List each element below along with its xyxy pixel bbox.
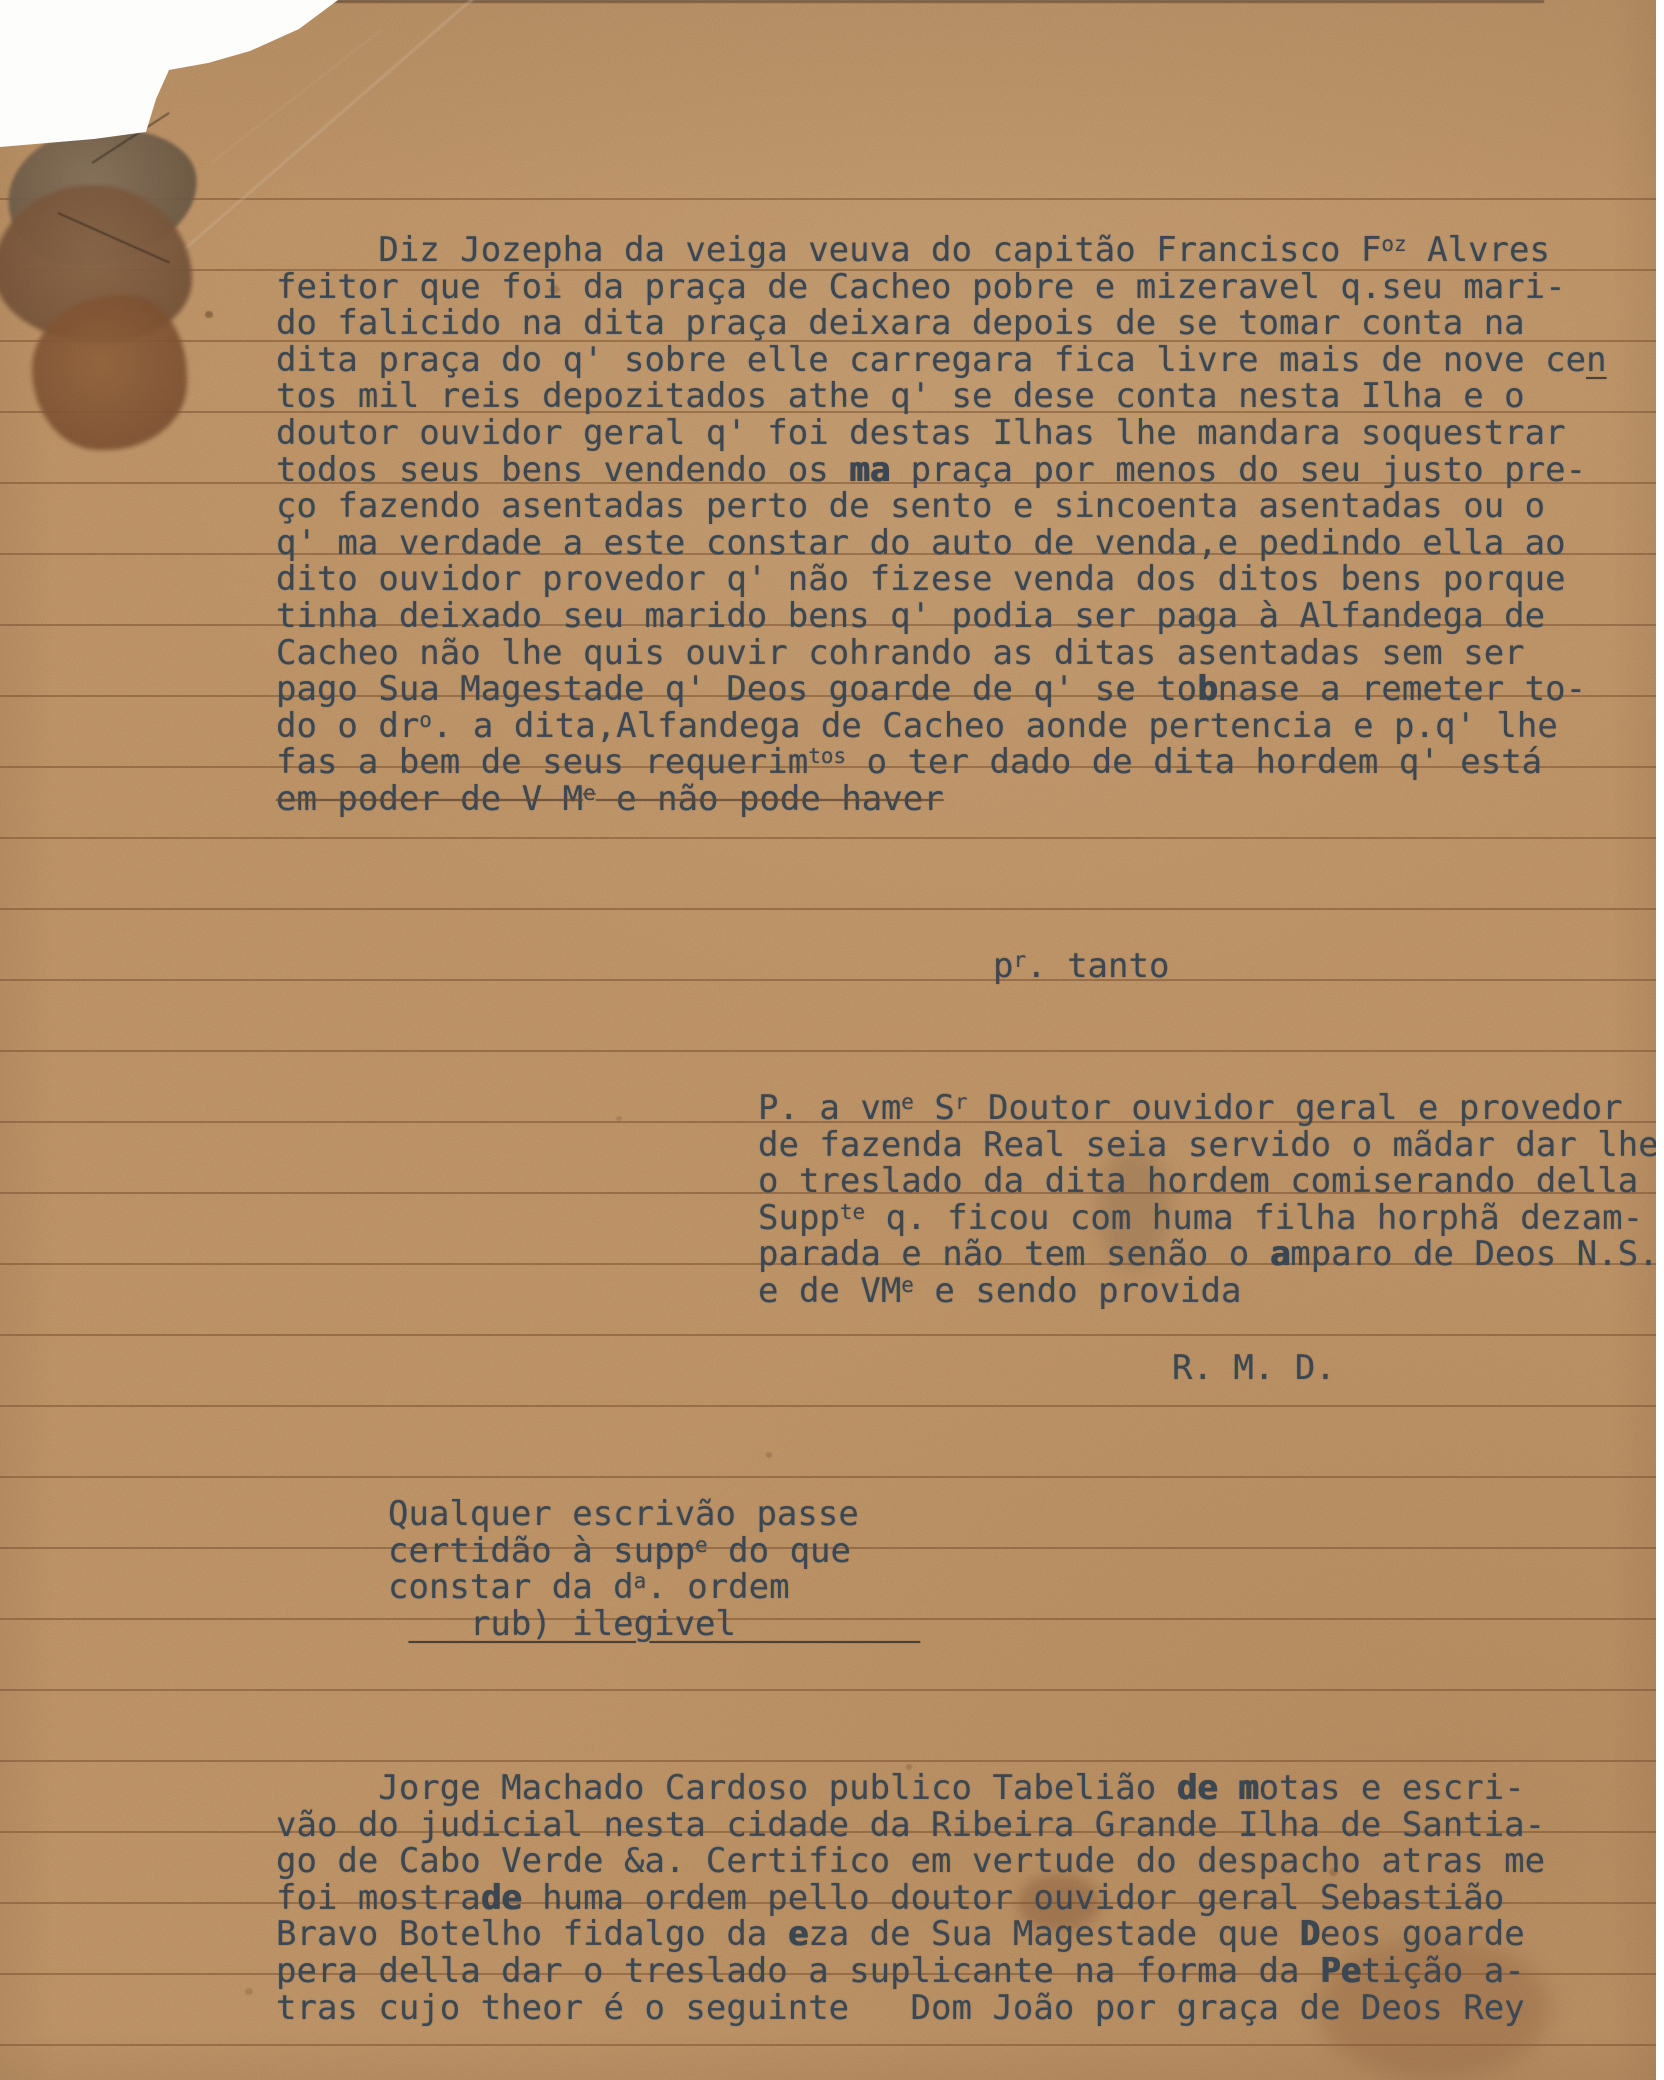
- text-segment: tos mil reis depozitados athe q' se dese…: [276, 376, 1525, 416]
- text-segment: q' ma verdade a este constar do auto de …: [276, 523, 1566, 563]
- text-segment: Alvres: [1407, 230, 1550, 270]
- text-segment: Supp: [758, 1198, 840, 1238]
- torn-paper-fragment: [112, 6, 170, 100]
- corner-stain: [32, 295, 187, 450]
- text-segment: a: [1270, 1234, 1290, 1274]
- text-segment: parada e não tem senão o: [758, 1234, 1270, 1274]
- text-segment: e: [901, 1090, 914, 1114]
- text-segment: tinha deixado seu marido bens q' podia s…: [276, 596, 1545, 636]
- text-segment: Cacheo não lhe quis ouvir cohrando as di…: [276, 633, 1525, 673]
- text-segment: n: [1586, 340, 1606, 380]
- text-line: q' ma verdade a este constar do auto de …: [276, 525, 1607, 562]
- text-segment: e de VM: [758, 1271, 901, 1311]
- text-line: dito ouvidor provedor q' não fizese vend…: [276, 561, 1607, 598]
- marginal-dispatch-note: Qualquer escrivão passecertidão à suppe …: [388, 1496, 920, 1642]
- document-scan: Diz Jozepha da veiga veuva do capitão Fr…: [0, 0, 1664, 2080]
- text-segment: Diz Jozepha da veiga veuva do capitão Fr…: [276, 230, 1381, 270]
- text-segment: e: [788, 1914, 808, 1954]
- text-line: vão do judicial nesta cidade da Ribeira …: [276, 1807, 1545, 1844]
- text-line: tras cujo theor é o seguinte Dom João po…: [276, 1990, 1545, 2027]
- rmd-formula: R. M. D.: [1172, 1350, 1336, 1387]
- text-line: pr. tanto: [993, 948, 1169, 985]
- text-segment: Doutor ouvidor geral e provedor: [968, 1088, 1623, 1128]
- text-segment: . ordem: [646, 1567, 789, 1607]
- text-line: de fazenda Real seia servido o mãdar dar…: [758, 1127, 1659, 1164]
- text-line: doutor ouvidor geral q' foi destas Ilhas…: [276, 415, 1607, 452]
- text-line: Qualquer escrivão passe: [388, 1496, 920, 1533]
- text-segment: za de Sua Magestade que: [808, 1914, 1299, 1954]
- paper-top-edge: [330, 0, 1544, 3]
- text-segment: o: [419, 708, 432, 732]
- text-segment: ço fazendo asentadas perto de sento e si…: [276, 486, 1545, 526]
- text-segment: do que: [708, 1531, 851, 1571]
- text-line: do o dro. a dita,Alfandega de Cacheo aon…: [276, 708, 1607, 745]
- text-line: ço fazendo asentadas perto de sento e si…: [276, 488, 1607, 525]
- text-segment: nase a remeter to-: [1218, 669, 1586, 709]
- text-line: pago Sua Magestade q' Deos goarde de q' …: [276, 671, 1607, 708]
- text-segment: dita praça do q' sobre elle carregara fi…: [276, 340, 1586, 380]
- text-segment: b: [1197, 669, 1217, 709]
- text-segment: Qualquer escrivão passe: [388, 1494, 859, 1534]
- text-segment: de m: [1177, 1768, 1259, 1808]
- text-segment: P. a vm: [758, 1088, 901, 1128]
- text-segment: huma ordem pello doutor ouvidor geral Se…: [522, 1878, 1505, 1918]
- text-segment: do falicido na dita praça deixara depois…: [276, 303, 1525, 343]
- text-segment: tos: [808, 744, 846, 768]
- speck: [205, 311, 213, 318]
- text-segment: de: [481, 1878, 522, 1918]
- text-line: parada e não tem senão o amparo de Deos …: [758, 1236, 1659, 1273]
- text-segment: p: [993, 946, 1013, 986]
- text-segment: fas a bem de seus requerim: [276, 742, 808, 782]
- text-segment: [388, 1604, 408, 1644]
- petition-body-paragraph: Diz Jozepha da veiga veuva do capitão Fr…: [276, 232, 1607, 818]
- text-line: fas a bem de seus requerimtos o ter dado…: [276, 744, 1607, 781]
- text-segment: certidão à supp: [388, 1531, 695, 1571]
- text-line: todos seus bens vendendo os ma praça por…: [276, 452, 1607, 489]
- text-segment: S: [914, 1088, 955, 1128]
- text-segment: a: [634, 1569, 647, 1593]
- text-segment: r: [1013, 948, 1026, 972]
- text-segment: feitor que foi da praça de Cacheo pobre …: [276, 267, 1566, 307]
- text-line: tos mil reis depozitados athe q' se dese…: [276, 378, 1607, 415]
- text-segment: vão do judicial nesta cidade da Ribeira …: [276, 1805, 1545, 1845]
- notary-certificate-paragraph: Jorge Machado Cardoso publico Tabelião d…: [276, 1770, 1545, 2026]
- text-line: Jorge Machado Cardoso publico Tabelião d…: [276, 1770, 1545, 1807]
- text-segment: em poder de V M: [276, 779, 583, 819]
- text-segment: . tanto: [1026, 946, 1169, 986]
- text-segment: pera della dar o treslado a suplicante n…: [276, 1951, 1320, 1991]
- text-segment: R. M. D.: [1172, 1348, 1336, 1388]
- text-segment: foi mostra: [276, 1878, 481, 1918]
- speck: [245, 1988, 253, 1995]
- fold-crease: [211, 30, 382, 164]
- text-line: Suppte q. ficou com huma filha horphã de…: [758, 1200, 1659, 1237]
- text-segment: todos seus bens vendendo os: [276, 450, 849, 490]
- text-segment: rub) ilegivel: [408, 1604, 920, 1644]
- text-segment: q. ficou com huma filha horphã dezam-: [865, 1198, 1643, 1238]
- text-segment: dito ouvidor provedor q' não fizese vend…: [276, 559, 1566, 599]
- speck: [766, 1452, 772, 1458]
- text-segment: otas e escri-: [1259, 1768, 1525, 1808]
- text-line: tinha deixado seu marido bens q' podia s…: [276, 598, 1607, 635]
- text-line: feitor que foi da praça de Cacheo pobre …: [276, 269, 1607, 306]
- text-segment: Jorge Machado Cardoso publico Tabelião: [276, 1768, 1177, 1808]
- text-line: Bravo Botelho fidalgo da eza de Sua Mage…: [276, 1916, 1545, 1953]
- text-segment: . a dita,Alfandega de Cacheo aonde perte…: [432, 706, 1558, 746]
- text-line: Diz Jozepha da veiga veuva do capitão Fr…: [276, 232, 1607, 269]
- text-segment: e: [695, 1533, 708, 1557]
- text-segment: de fazenda Real seia servido o mãdar dar…: [758, 1125, 1659, 1165]
- paper-sheet: Diz Jozepha da veiga veuva do capitão Fr…: [0, 0, 1656, 2080]
- text-line: P. a vme Sr Doutor ouvidor geral e prove…: [758, 1090, 1659, 1127]
- text-segment: go de Cabo Verde &a. Certifico em vertud…: [276, 1841, 1545, 1881]
- text-segment: e: [583, 781, 596, 805]
- text-line: em poder de V Me e não pode haver: [276, 781, 1607, 818]
- text-line: pera della dar o treslado a suplicante n…: [276, 1953, 1545, 1990]
- text-segment: constar da d: [388, 1567, 634, 1607]
- text-segment: Pe: [1320, 1951, 1361, 1991]
- text-line: Cacheo não lhe quis ouvir cohrando as di…: [276, 635, 1607, 672]
- text-line: certidão à suppe do que: [388, 1533, 920, 1570]
- text-line: dita praça do q' sobre elle carregara fi…: [276, 342, 1607, 379]
- petition-request-paragraph: P. a vme Sr Doutor ouvidor geral e prove…: [758, 1090, 1659, 1310]
- text-segment: mparo de Deos N.S.: [1290, 1234, 1658, 1274]
- text-segment: tição a-: [1361, 1951, 1525, 1991]
- text-segment: r: [955, 1090, 968, 1114]
- text-segment: Bravo Botelho fidalgo da: [276, 1914, 788, 1954]
- text-line: go de Cabo Verde &a. Certifico em vertud…: [276, 1843, 1545, 1880]
- text-segment: oz: [1381, 232, 1406, 256]
- text-line: constar da da. ordem: [388, 1569, 920, 1606]
- text-line: e de VMe e sendo provida: [758, 1273, 1659, 1310]
- text-segment: te: [840, 1200, 865, 1224]
- por-tanto-formula: pr. tanto: [993, 948, 1169, 985]
- text-segment: e: [901, 1273, 914, 1297]
- text-line: R. M. D.: [1172, 1350, 1336, 1387]
- text-line: foi mostrade huma ordem pello doutor ouv…: [276, 1880, 1545, 1917]
- text-segment: o ter dado de dita hordem q' está: [846, 742, 1542, 782]
- text-segment: e sendo provida: [914, 1271, 1242, 1311]
- text-segment: D: [1300, 1914, 1320, 1954]
- speck: [616, 1116, 622, 1121]
- text-segment: tras cujo theor é o seguinte Dom João po…: [276, 1988, 1525, 2028]
- text-segment: eos goarde: [1320, 1914, 1525, 1954]
- text-segment: pago Sua Magestade q' Deos goarde de q' …: [276, 669, 1197, 709]
- text-segment: do o dr: [276, 706, 419, 746]
- text-line: do falicido na dita praça deixara depois…: [276, 305, 1607, 342]
- text-segment: e não pode haver: [596, 779, 944, 819]
- text-segment: praça por menos do seu justo pre-: [890, 450, 1586, 490]
- text-segment: doutor ouvidor geral q' foi destas Ilhas…: [276, 413, 1566, 453]
- text-segment: ma: [849, 450, 890, 490]
- text-line: o treslado da dita hordem comiserando de…: [758, 1163, 1659, 1200]
- text-line: rub) ilegivel: [388, 1606, 920, 1643]
- text-segment: o treslado da dita hordem comiserando de…: [758, 1161, 1638, 1201]
